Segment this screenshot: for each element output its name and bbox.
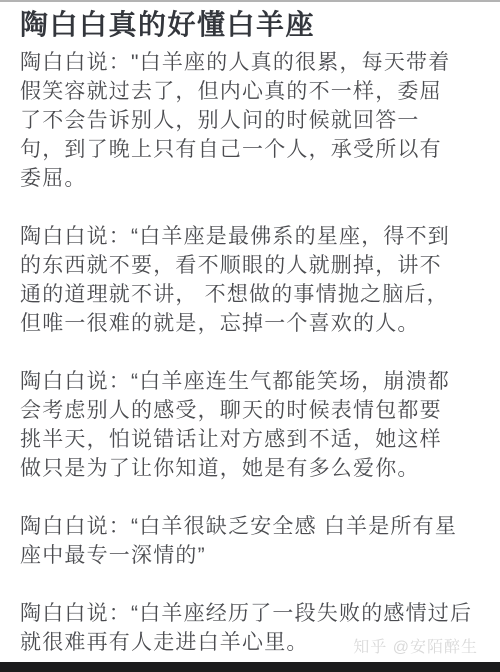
watermark: 知乎 @安陌醉生 (353, 634, 478, 657)
text-line: 通的道理就不讲， 不想做的事情抛之脑后， (20, 280, 482, 309)
text-line: 座中最专一深情的” (20, 541, 482, 570)
paragraph: 陶白白说：“白羊座连生气都能笑场，崩溃都会考虑别人的感受，聊天的时候表情包都要挑… (20, 367, 482, 483)
text-line: 但唯一很难的就是，忘掉一个喜欢的人。 (20, 309, 482, 338)
text-line: 挑半天，怕说错话让对方感到不适，她这样 (20, 425, 482, 454)
text-line: 陶白白说：“白羊座连生气都能笑场，崩溃都 (20, 367, 482, 396)
text-line: 假笑容就过去了，但内心真的不一样，委屈 (20, 77, 482, 106)
paragraph: 陶白白说：“白羊座是最佛系的星座，得不到的东西就不要，看不顺眼的人就删掉，讲不通… (20, 222, 482, 338)
text-line: 的东西就不要，看不顺眼的人就删掉，讲不 (20, 251, 482, 280)
text-line: 陶白白说：“白羊座是最佛系的星座，得不到 (20, 222, 482, 251)
text-line: 陶白白说："白羊座的人真的很累，每天带着 (20, 48, 482, 77)
paragraphs-container: 陶白白说："白羊座的人真的很累，每天带着假笑容就过去了，但内心真的不一样，委屈了… (20, 48, 482, 657)
text-line: 句，到了晚上只有自己一个人，承受所以有 (20, 135, 482, 164)
paragraph: 陶白白说：“白羊很缺乏安全感 白羊是所有星座中最专一深情的” (20, 512, 482, 570)
text-line: 陶白白说：“白羊座经历了一段失败的感情过后 (20, 599, 482, 628)
article: 陶白白真的好懂白羊座 陶白白说："白羊座的人真的很累，每天带着假笑容就过去了，但… (0, 0, 500, 657)
text-line: 会考虑别人的感受，聊天的时候表情包都要 (20, 396, 482, 425)
top-divider (0, 0, 500, 2)
paragraph: 陶白白说："白羊座的人真的很累，每天带着假笑容就过去了，但内心真的不一样，委屈了… (20, 48, 482, 193)
bottom-bar (0, 662, 500, 672)
page-title: 陶白白真的好懂白羊座 (20, 7, 482, 42)
text-line: 陶白白说：“白羊很缺乏安全感 白羊是所有星 (20, 512, 482, 541)
text-line: 做只是为了让你知道，她是有多么爱你。 (20, 454, 482, 483)
text-line: 了不会告诉别人，别人问的时候就回答一 (20, 106, 482, 135)
text-line: 委屈。 (20, 164, 482, 193)
